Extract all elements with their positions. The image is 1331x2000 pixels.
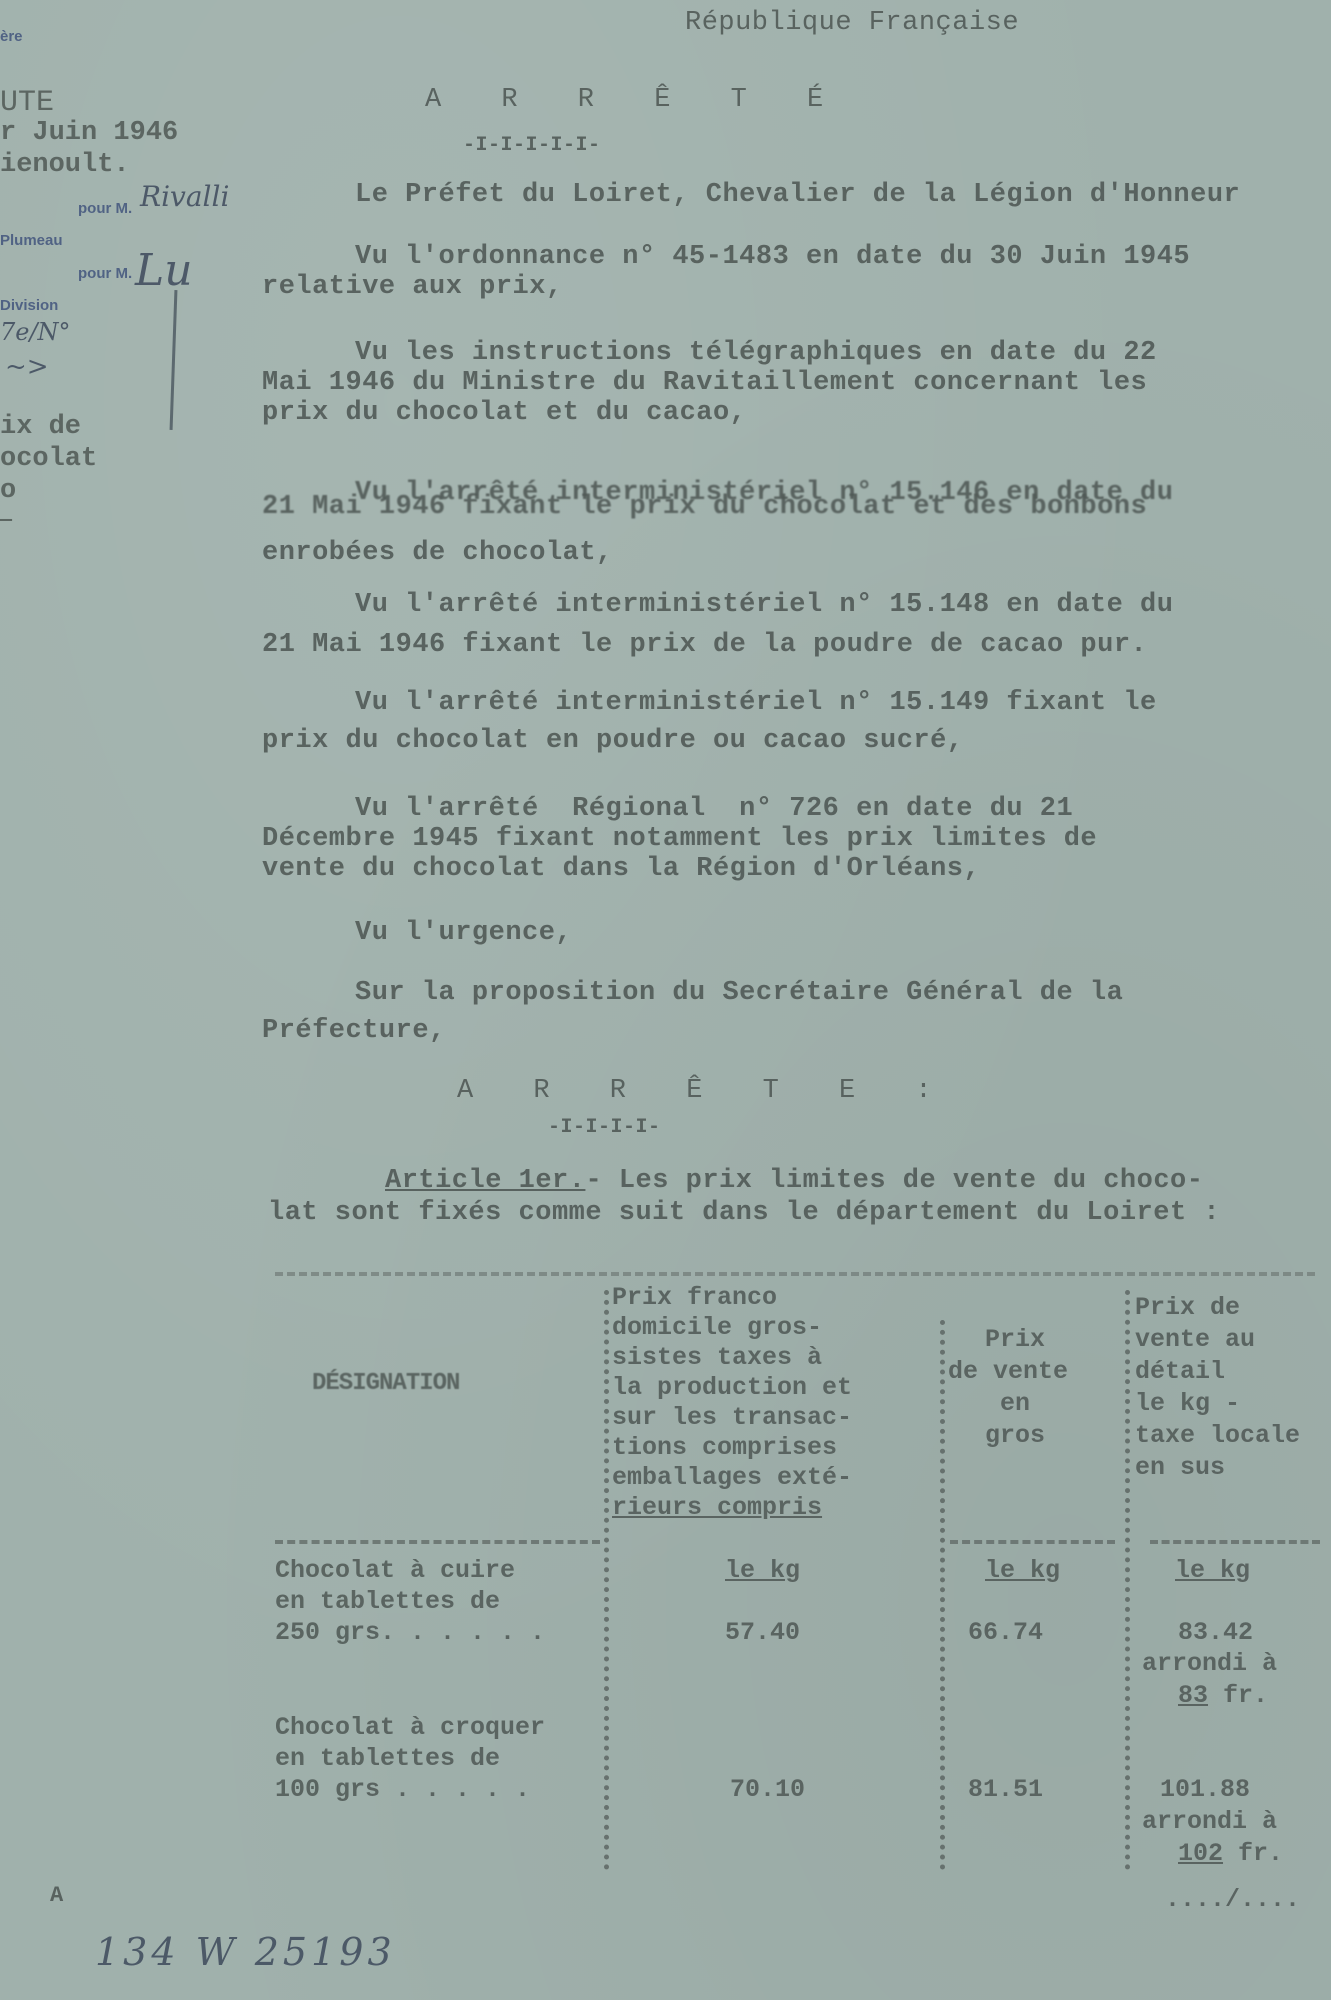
- article-label: Article 1er.: [385, 1166, 585, 1196]
- considerant-2-line-2: Mai 1946 du Ministre du Ravitaillement c…: [262, 368, 1147, 399]
- margin-signature-1: Rivalli: [140, 180, 229, 213]
- margin-subject-2: ocolat: [0, 444, 97, 474]
- table-header-prix-detail-1: Prix de: [1135, 1292, 1240, 1323]
- table-header-prix-franco-5: sur les transac-: [612, 1402, 852, 1433]
- table-header-prix-detail-4: le kg -: [1135, 1388, 1240, 1419]
- considerant-6-line-1: Vu l'arrêté Régional n° 726 en date du 2…: [355, 794, 1073, 825]
- considerant-7-line-1: Vu l'urgence,: [355, 918, 572, 949]
- margin-handwritten-ref: 7e/N°: [0, 318, 71, 346]
- row-1-prix-detail: 83.42: [1178, 1617, 1253, 1648]
- table-header-prix-franco-2: domicile gros-: [612, 1312, 822, 1343]
- unit-prix-detail: le kg: [1175, 1555, 1250, 1586]
- table-header-prix-franco-6: tions comprises: [612, 1432, 837, 1463]
- margin-heading: UTE: [0, 88, 54, 118]
- header-rule-3: [950, 1540, 1115, 1544]
- row-1-arrondi-value: 83: [1178, 1681, 1208, 1710]
- margin-date: r Juin 1946: [0, 118, 178, 148]
- row-2-designation-1: Chocolat à croquer: [275, 1712, 545, 1743]
- table-header-prix-gros-3: en: [1000, 1388, 1030, 1419]
- row-2-prix-franco: 70.10: [730, 1774, 805, 1805]
- table-header-prix-franco-8: rieurs compris: [612, 1492, 822, 1523]
- decree-title: A R R Ê T E :: [457, 1076, 954, 1107]
- margin-pour-label-2: pour M.: [78, 265, 132, 282]
- row-1-arrondi-unit: fr.: [1223, 1681, 1268, 1710]
- row-2-prix-detail: 101.88: [1160, 1774, 1250, 1805]
- article-1-line-2: lat sont fixés comme suit dans le départ…: [268, 1198, 1220, 1229]
- margin-rule: —: [0, 506, 12, 536]
- title-arrete: A R R Ê T É: [425, 85, 845, 116]
- table-header-prix-gros-1: Prix: [985, 1324, 1045, 1355]
- prefect-line: Le Préfet du Loiret, Chevalier de la Lég…: [355, 180, 1240, 211]
- margin-signature-2-icon: Lu: [135, 245, 193, 296]
- archive-reference: 134 W 25193: [95, 1930, 396, 1974]
- considerant-2-line-3: prix du chocolat et du cacao,: [262, 398, 746, 429]
- column-separator-3: [1125, 1290, 1130, 1870]
- unit-prix-gros: le kg: [985, 1555, 1060, 1586]
- row-2-designation-2: en tablettes de: [275, 1743, 500, 1774]
- table-header-prix-gros-4: gros: [985, 1420, 1045, 1451]
- row-1-designation-1: Chocolat à cuire: [275, 1555, 515, 1586]
- margin-stamp-top: ère: [0, 28, 23, 45]
- considerant-1-line-2: relative aux prix,: [262, 272, 563, 303]
- column-separator-1: [604, 1290, 609, 1870]
- document-page: ère UTE r Juin 1946 ienoult. pour M. Riv…: [0, 0, 1331, 2000]
- table-header-prix-detail-2: vente au: [1135, 1324, 1255, 1355]
- row-1-prix-franco: 57.40: [725, 1617, 800, 1648]
- row-2-designation-3: 100 grs . . . . .: [275, 1774, 530, 1805]
- row-1-arrondi: 83 fr.: [1178, 1680, 1268, 1711]
- considerant-4-line-2: 21 Mai 1946 fixant le prix de la poudre …: [262, 630, 1147, 661]
- considerant-6-line-2: Décembre 1945 fixant notamment les prix …: [262, 824, 1097, 855]
- margin-handwritten-mark: ~>: [5, 352, 49, 382]
- signature-stroke: [170, 290, 178, 430]
- article-1-line-1: Article 1er.- Les prix limites de vente …: [385, 1166, 1203, 1197]
- decree-ornament: -I-I-I-I-: [548, 1112, 661, 1143]
- table-header-prix-gros-2: de vente: [948, 1356, 1068, 1387]
- table-header-prix-franco-3: sistes taxes à: [612, 1342, 822, 1373]
- row-2-arrondi: 102 fr.: [1178, 1838, 1283, 1869]
- row-1-arrondi-label: arrondi à: [1142, 1648, 1277, 1679]
- table-top-rule: [275, 1272, 1315, 1276]
- considerant-2-line-1: Vu les instructions télégraphiques en da…: [355, 338, 1157, 369]
- table-header-prix-franco-7: emballages exté-: [612, 1462, 852, 1493]
- row-1-designation-2: en tablettes de: [275, 1586, 500, 1617]
- row-2-arrondi-label: arrondi à: [1142, 1806, 1277, 1837]
- header-rule-1: [275, 1540, 600, 1544]
- considerant-5-line-2: prix du chocolat en poudre ou cacao sucr…: [262, 726, 964, 757]
- margin-stamp-bottom: Division: [0, 297, 58, 314]
- table-header-prix-franco-1: Prix franco: [612, 1282, 777, 1313]
- margin-stamp-mid: Plumeau: [0, 232, 63, 249]
- continuation-mark: ..../....: [1165, 1884, 1300, 1915]
- considerant-1-line-1: Vu l'ordonnance n° 45-1483 en date du 30…: [355, 242, 1190, 273]
- header-rule-4: [1150, 1540, 1320, 1544]
- table-header-designation: DÉSIGNATION: [312, 1368, 459, 1399]
- considerant-5-line-1: Vu l'arrêté interministériel n° 15.149 f…: [355, 688, 1157, 719]
- row-2-prix-gros: 81.51: [968, 1774, 1043, 1805]
- column-separator-2: [940, 1320, 945, 1870]
- article-text-1: - Les prix limites de vente du choco-: [585, 1166, 1203, 1196]
- margin-subject-3: o: [0, 476, 16, 506]
- margin-subject-1: ix de: [0, 412, 81, 442]
- table-header-prix-detail-6: en sus: [1135, 1452, 1225, 1483]
- considerant-6-line-3: vente du chocolat dans la Région d'Orléa…: [262, 854, 980, 885]
- margin-author: ienoult.: [0, 150, 130, 180]
- table-header-prix-detail-3: détail: [1135, 1356, 1225, 1387]
- row-2-arrondi-value: 102: [1178, 1839, 1223, 1868]
- considerant-4-line-1: Vu l'arrêté interministériel n° 15.148 e…: [355, 590, 1173, 621]
- margin-pour-label-1: pour M.: [78, 200, 132, 217]
- footer-mark: A: [50, 1880, 64, 1911]
- table-header-prix-franco-4: la production et: [612, 1372, 852, 1403]
- considerant-3-line-2: 21 Mai 1946 fixant le prix du chocolat e…: [262, 492, 1147, 523]
- row-1-prix-gros: 66.74: [968, 1617, 1043, 1648]
- table-header-prix-detail-5: taxe locale: [1135, 1420, 1300, 1451]
- unit-prix-franco: le kg: [725, 1555, 800, 1586]
- row-1-designation-3: 250 grs. . . . . .: [275, 1617, 545, 1648]
- considerant-8-line-1: Sur la proposition du Secrétaire Général…: [355, 978, 1123, 1009]
- republic-header: République Française: [685, 8, 1019, 39]
- title-ornament: -I-I-I-I-I-: [463, 130, 601, 161]
- row-2-arrondi-unit: fr.: [1238, 1839, 1283, 1868]
- considerant-3-line-3: enrobées de chocolat,: [262, 538, 613, 569]
- considerant-8-line-2: Préfecture,: [262, 1016, 446, 1047]
